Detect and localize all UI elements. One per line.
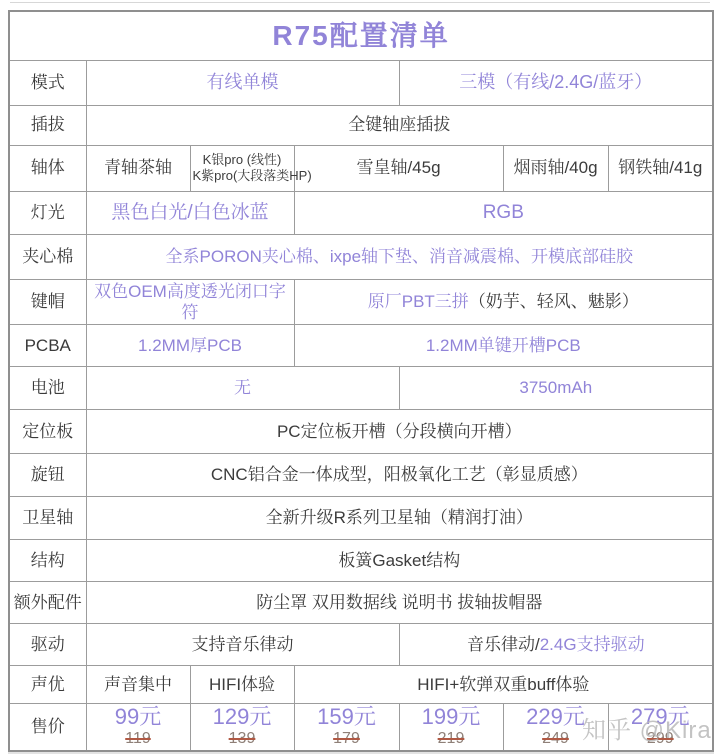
- cell-price-3: 159元 179: [294, 704, 399, 751]
- table-row: 结构 板簧Gasket结构: [9, 540, 713, 582]
- cell-switch-1: 青轴茶轴: [86, 145, 190, 191]
- cell-sound-1: 声音集中: [86, 666, 190, 704]
- cell-switch-4: 烟雨轴/40g: [503, 145, 608, 191]
- cell-pcba-left: 1.2MM厚PCB: [86, 325, 294, 367]
- cell-lighting-mono: 黑色白光/白色冰蓝: [86, 191, 294, 234]
- page-title: R75配置清单: [9, 11, 713, 60]
- switch-2-line1: K银pro (线性): [193, 152, 292, 168]
- row-label-mode: 模式: [9, 60, 86, 105]
- table-row: 灯光 黑色白光/白色冰蓝 RGB: [9, 191, 713, 234]
- table-row: 额外配件 防尘罩 双用数据线 说明书 拔轴拔帽器: [9, 582, 713, 624]
- cell-price-1: 99元 119: [86, 704, 190, 751]
- price-now: 199元: [402, 705, 501, 729]
- row-label-foam: 夹心棉: [9, 234, 86, 279]
- row-label-accessories: 额外配件: [9, 582, 86, 624]
- cell-keycaps-right: 原厂PBT三拼（奶芋、轻风、魅影）: [294, 279, 713, 325]
- cell-mode-wired: 有线单模: [86, 60, 399, 105]
- table-row: PCBA 1.2MM厚PCB 1.2MM单键开槽PCB: [9, 325, 713, 367]
- price-old: 219: [402, 729, 501, 748]
- cell-plate-value: PC定位板开槽（分段横向开槽）: [86, 410, 713, 454]
- table-row: 插拔 全键轴座插拔: [9, 105, 713, 145]
- cell-sound-3: HIFI+软弹双重buff体验: [294, 666, 713, 704]
- table-row: 键帽 双色OEM高度透光闭口字符 原厂PBT三拼（奶芋、轻风、魅影）: [9, 279, 713, 325]
- driver-right-plain: 音乐律动/: [467, 635, 540, 654]
- price-old: 179: [297, 729, 397, 748]
- row-label-pcba: PCBA: [9, 325, 86, 367]
- row-label-structure: 结构: [9, 540, 86, 582]
- row-label-sound: 声优: [9, 666, 86, 704]
- cell-driver-right: 音乐律动/2.4G支持驱动: [399, 624, 713, 666]
- price-old: 119: [89, 729, 188, 748]
- cell-lighting-rgb: RGB: [294, 191, 713, 234]
- cell-sound-2: HIFI体验: [190, 666, 294, 704]
- driver-right-24g: 2.4G支持驱动: [540, 635, 645, 654]
- cell-price-4: 199元 219: [399, 704, 503, 751]
- row-label-lighting: 灯光: [9, 191, 86, 234]
- cell-battery-right: 3750mAh: [399, 367, 713, 410]
- price-now: 159元: [297, 705, 397, 729]
- cell-foam-value: 全系PORON夹心棉、ixpe轴下垫、消音减震棉、开模底部硅胶: [86, 234, 713, 279]
- cell-switch-3: 雪皇轴/45g: [294, 145, 503, 191]
- row-label-battery: 电池: [9, 367, 86, 410]
- cell-mode-tri: 三模（有线/2.4G/蓝牙）: [399, 60, 713, 105]
- table-row: 定位板 PC定位板开槽（分段横向开槽）: [9, 410, 713, 454]
- cell-knob-value: CNC铝合金一体成型，阳极氧化工艺（彰显质感）: [86, 454, 713, 497]
- price-now: 99元: [89, 705, 188, 729]
- table-row: 卫星轴 全新升级R系列卫星轴（精润打油）: [9, 497, 713, 540]
- table-row: 声优 声音集中 HIFI体验 HIFI+软弹双重buff体验: [9, 666, 713, 704]
- row-label-switches: 轴体: [9, 145, 86, 191]
- cell-accessories-value: 防尘罩 双用数据线 说明书 拔轴拔帽器: [86, 582, 713, 624]
- row-label-hotswap: 插拔: [9, 105, 86, 145]
- cell-switch-5: 钢铁轴/41g: [608, 145, 713, 191]
- cell-pcba-right: 1.2MM单键开槽PCB: [294, 325, 713, 367]
- table-row: 模式 有线单模 三模（有线/2.4G/蓝牙）: [9, 60, 713, 105]
- table-row: 夹心棉 全系PORON夹心棉、ixpe轴下垫、消音减震棉、开模底部硅胶: [9, 234, 713, 279]
- cell-price-2: 129元 139: [190, 704, 294, 751]
- row-label-knob: 旋钮: [9, 454, 86, 497]
- cell-hotswap-value: 全键轴座插拔: [86, 105, 713, 145]
- cell-driver-left: 支持音乐律动: [86, 624, 399, 666]
- spec-table: R75配置清单 模式 有线单模 三模（有线/2.4G/蓝牙） 插拔 全键轴座插拔…: [8, 10, 714, 752]
- switch-2-line2: K紫pro(大段落类HP): [193, 168, 292, 184]
- price-now: 129元: [193, 705, 292, 729]
- bottom-divider-line: [8, 752, 714, 754]
- cell-battery-left: 无: [86, 367, 399, 410]
- row-label-stabilizer: 卫星轴: [9, 497, 86, 540]
- row-label-price: 售价: [9, 704, 86, 751]
- price-old: 139: [193, 729, 292, 748]
- keycaps-right-material: 原厂PBT三拼: [368, 292, 469, 311]
- row-label-plate: 定位板: [9, 410, 86, 454]
- keycaps-right-colorways: （奶芋、轻风、魅影）: [469, 292, 639, 311]
- table-row: R75配置清单: [9, 11, 713, 60]
- zhihu-watermark: 知乎 @Kira: [582, 710, 712, 745]
- top-divider-line: [10, 2, 710, 3]
- table-row: 驱动 支持音乐律动 音乐律动/2.4G支持驱动: [9, 624, 713, 666]
- table-row: 轴体 青轴茶轴 K银pro (线性) K紫pro(大段落类HP) 雪皇轴/45g…: [9, 145, 713, 191]
- table-row: 电池 无 3750mAh: [9, 367, 713, 410]
- cell-keycaps-left: 双色OEM高度透光闭口字符: [86, 279, 294, 325]
- row-label-keycaps: 键帽: [9, 279, 86, 325]
- table-row: 旋钮 CNC铝合金一体成型，阳极氧化工艺（彰显质感）: [9, 454, 713, 497]
- cell-switch-2: K银pro (线性) K紫pro(大段落类HP): [190, 145, 294, 191]
- cell-stabilizer-value: 全新升级R系列卫星轴（精润打油）: [86, 497, 713, 540]
- row-label-driver: 驱动: [9, 624, 86, 666]
- cell-structure-value: 板簧Gasket结构: [86, 540, 713, 582]
